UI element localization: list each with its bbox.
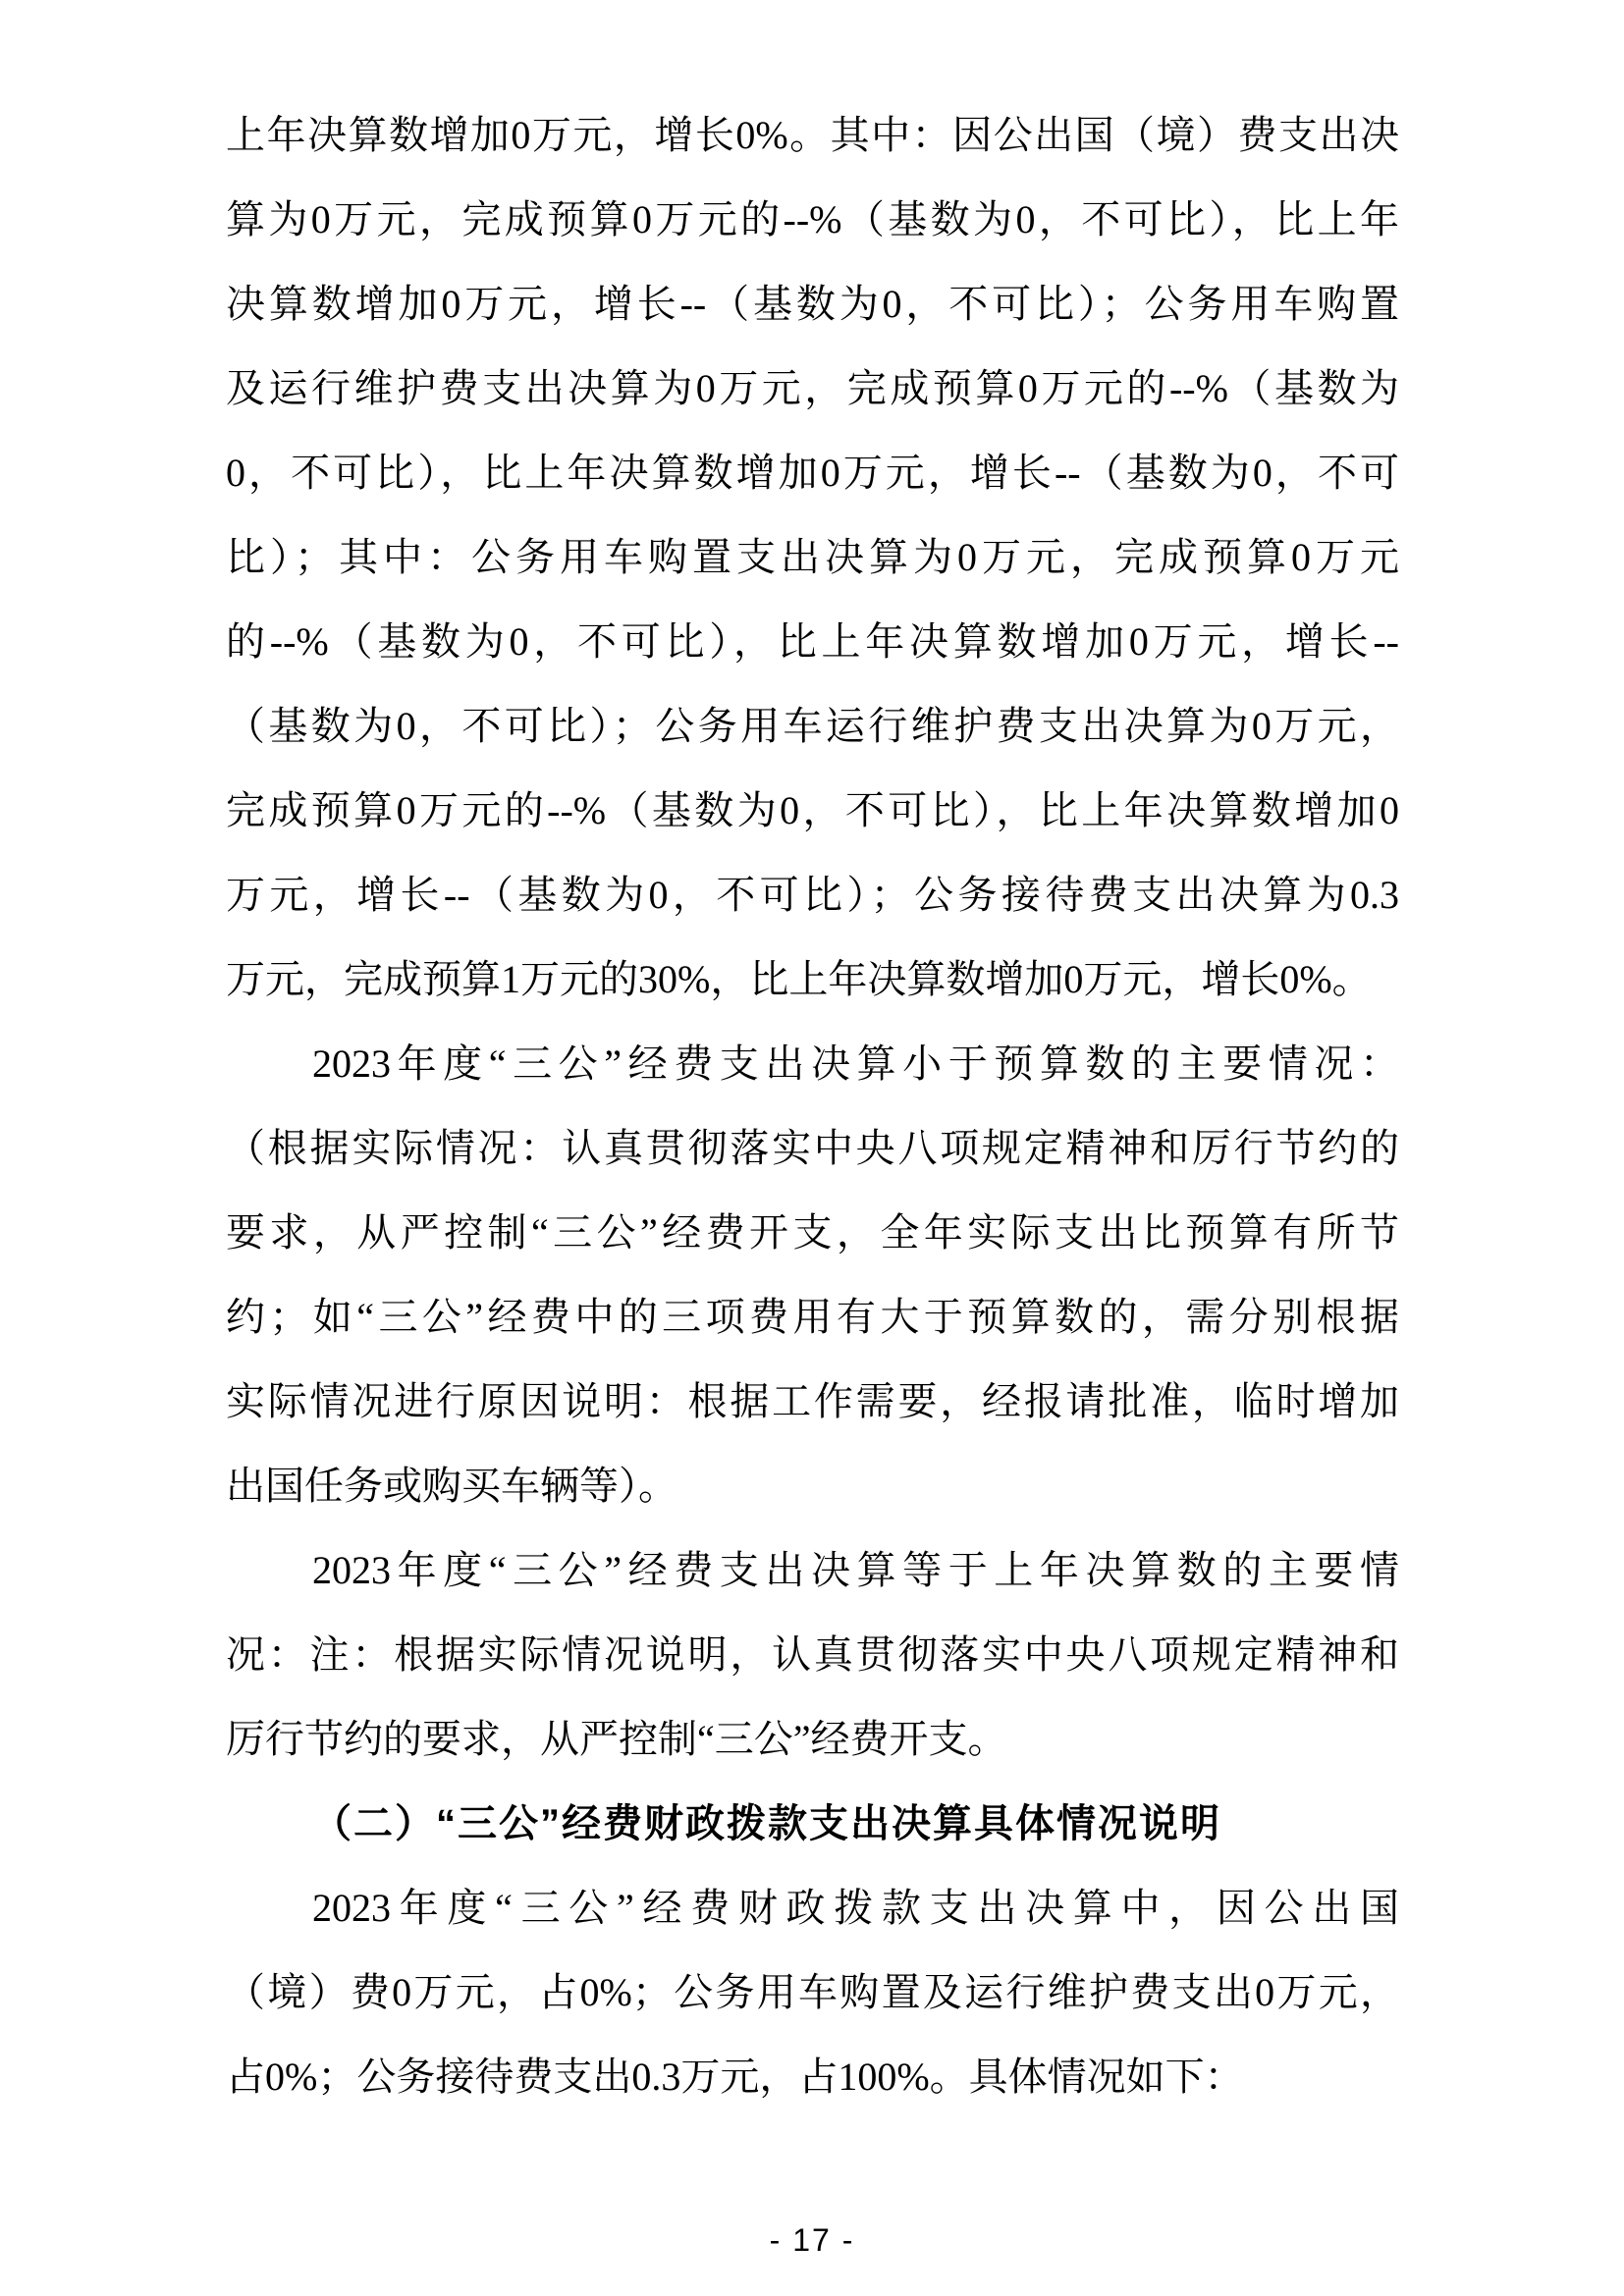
text-line: （根据实际情况：认真贯彻落实中央八项规定精神和厉行节约的 bbox=[226, 1106, 1399, 1191]
text-line: 2023年度“三公”经费支出决算小于预算数的主要情况： bbox=[226, 1022, 1399, 1106]
text-line: 完成预算0万元的--%（基数为0，不可比），比上年决算数增加0 bbox=[226, 769, 1399, 853]
text-line: 2023年度“三公”经费财政拨款支出决算中，因公出国 bbox=[226, 1866, 1399, 1950]
document-page: 上年决算数增加0万元，增长0%。其中：因公出国（境）费支出决 算为0万元，完成预… bbox=[0, 0, 1624, 2296]
text-line: 约；如“三公”经费中的三项费用有大于预算数的，需分别根据 bbox=[226, 1275, 1399, 1360]
text-line: 厉行节约的要求，从严控制“三公”经费开支。 bbox=[226, 1697, 1399, 1782]
text-line: 实际情况进行原因说明：根据工作需要，经报请批准，临时增加 bbox=[226, 1360, 1399, 1444]
text-line: 决算数增加0万元，增长--（基数为0，不可比）；公务用车购置 bbox=[226, 262, 1399, 347]
text-line: 及运行维护费支出决算为0万元，完成预算0万元的--%（基数为 bbox=[226, 347, 1399, 431]
text-line: 万元，完成预算1万元的30%，比上年决算数增加0万元，增长0%。 bbox=[226, 937, 1399, 1022]
text-line: 出国任务或购买车辆等）。 bbox=[226, 1444, 1399, 1528]
document-body: 上年决算数增加0万元，增长0%。其中：因公出国（境）费支出决 算为0万元，完成预… bbox=[226, 93, 1399, 2119]
text-line: 0，不可比），比上年决算数增加0万元，增长--（基数为0，不可 bbox=[226, 431, 1399, 515]
text-line: 算为0万元，完成预算0万元的--%（基数为0，不可比），比上年 bbox=[226, 178, 1399, 262]
text-line: 的--%（基数为0，不可比），比上年决算数增加0万元，增长-- bbox=[226, 600, 1399, 684]
text-line: 占0%；公务接待费支出0.3万元，占100%。具体情况如下： bbox=[226, 2035, 1399, 2119]
text-line: （境）费0万元，占0%；公务用车购置及运行维护费支出0万元， bbox=[226, 1950, 1399, 2035]
text-line: 要求，从严控制“三公”经费开支，全年实际支出比预算有所节 bbox=[226, 1191, 1399, 1275]
text-line: 况：注：根据实际情况说明，认真贯彻落实中央八项规定精神和 bbox=[226, 1613, 1399, 1697]
page-number: - 17 - bbox=[0, 2220, 1624, 2260]
section-heading: （二）“三公”经费财政拨款支出决算具体情况说明 bbox=[226, 1782, 1399, 1866]
text-line: 比）；其中：公务用车购置支出决算为0万元，完成预算0万元 bbox=[226, 515, 1399, 600]
text-line: 上年决算数增加0万元，增长0%。其中：因公出国（境）费支出决 bbox=[226, 93, 1399, 178]
text-line: （基数为0，不可比）；公务用车运行维护费支出决算为0万元， bbox=[226, 684, 1399, 769]
text-line: 万元，增长--（基数为0，不可比）；公务接待费支出决算为0.3 bbox=[226, 853, 1399, 937]
text-line: 2023年度“三公”经费支出决算等于上年决算数的主要情 bbox=[226, 1528, 1399, 1613]
